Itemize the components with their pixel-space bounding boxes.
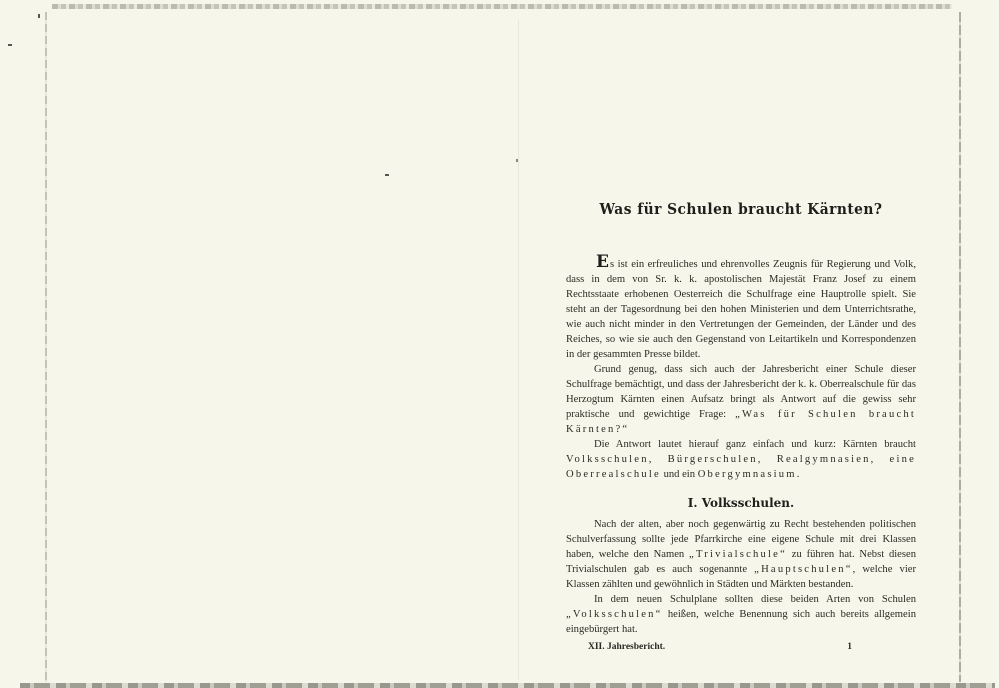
scan-speck xyxy=(385,174,389,176)
term-hauptschulen: „Hauptschulen“ xyxy=(754,564,852,575)
printer-signature: XII. Jahresbericht. xyxy=(588,642,665,652)
left-page-border xyxy=(45,12,47,682)
term-trivialschule: „Trivialschule“ xyxy=(689,549,787,560)
school-type-obergymnasium: Obergymnasium xyxy=(698,469,797,480)
page-gutter xyxy=(518,20,519,680)
right-page: Was für Schulen braucht Kärnten? Es ist … xyxy=(566,200,916,652)
intro-paragraph-2: Grund genug, dass sich auch der Jahresbe… xyxy=(566,362,916,437)
section-paragraph-2: In dem neuen Schulplane sollten diese be… xyxy=(566,592,916,637)
drop-cap: E xyxy=(566,252,610,272)
page-title: Was für Schulen braucht Kärnten? xyxy=(580,200,902,218)
page-number: 1 xyxy=(847,642,852,652)
section-paragraph-1: Nach der alten, aber noch gegenwärtig zu… xyxy=(566,517,916,592)
intro-paragraph-3: Die Antwort lautet hierauf ganz einfach … xyxy=(566,437,916,482)
scanned-page-spread: Was für Schulen braucht Kärnten? Es ist … xyxy=(0,0,999,688)
bottom-scan-edge xyxy=(20,683,995,688)
term-volksschulen: „Volksschulen“ xyxy=(566,609,663,620)
page-footer: XII. Jahresbericht. 1 xyxy=(566,642,916,652)
intro-paragraph-1: Es ist ein erfreuliches und ehrenvolles … xyxy=(566,256,916,362)
scan-speck xyxy=(8,44,12,46)
section-heading: I. Volksschulen. xyxy=(566,496,916,511)
right-page-border xyxy=(959,12,961,682)
top-scan-edge xyxy=(52,4,952,9)
scan-speck xyxy=(38,14,40,18)
body-text: Es ist ein erfreuliches und ehrenvolles … xyxy=(566,256,916,637)
scan-speck xyxy=(516,159,518,162)
